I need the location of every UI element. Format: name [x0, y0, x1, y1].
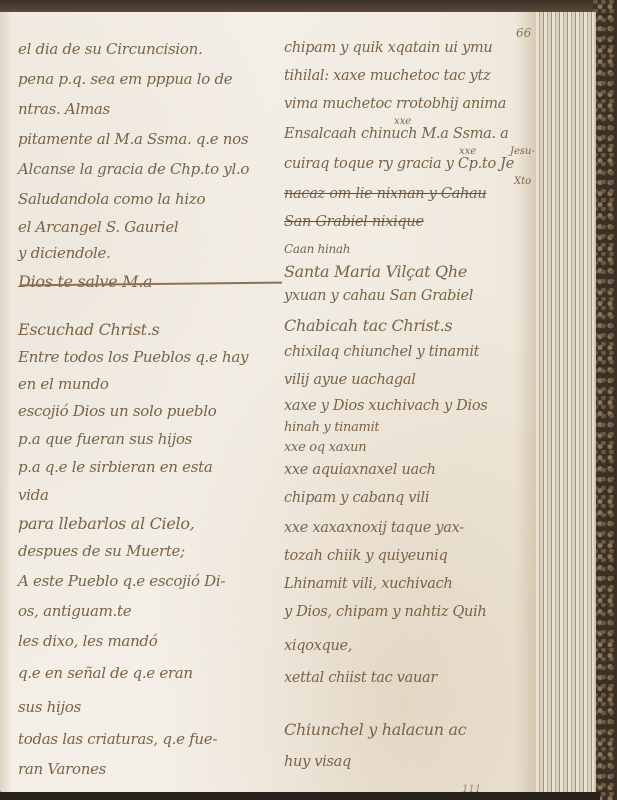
text-line: tihilal: xaxe muchetoc tac ytz [284, 68, 490, 84]
struck-text-line: nacaz om lie nixnan y Cahau [284, 186, 486, 202]
text-line: xiqoxque, [284, 638, 352, 654]
text-line: xxe aquiaxnaxel uach [284, 462, 436, 478]
interlinear-gloss: Jesu- [510, 146, 535, 157]
text-line: yxuan y cahau San Grabiel [284, 288, 473, 304]
interlinear-gloss: xxe [459, 146, 476, 157]
text-line: el Arcangel S. Gauriel [18, 218, 178, 236]
text-line: Ensalcaah chinuch M.a Ssma. a [284, 126, 509, 142]
text-line: huy visaq [284, 754, 351, 770]
interlinear-gloss: Xto [514, 176, 531, 187]
text-line: chipam y cabanq vili [284, 490, 429, 506]
text-line: y diciendole. [18, 244, 111, 262]
book-bottom-edge [0, 792, 600, 800]
text-line: pena p.q. sea em pppua lo de [18, 70, 232, 88]
text-line: despues de su Muerte; [18, 542, 185, 560]
text-line: vima muchetoc rrotobhij anima [284, 96, 506, 112]
text-line: escojió Dios un solo pueblo [18, 402, 216, 420]
text-line: ran Varones [18, 760, 106, 778]
text-line: chixilaq chiunchel y tinamit [284, 344, 479, 360]
text-line: q.e en señal de q.e eran [18, 664, 193, 682]
text-line: ntras. Almas [18, 100, 110, 118]
text-line: Chabicah tac Christ.s [284, 316, 452, 335]
text-line: xxe xaxaxnoxij taque yax- [284, 520, 464, 536]
text-line: chipam y quik xqatain ui ymu [284, 40, 492, 56]
text-line: todas las criaturas, q.e fue- [18, 730, 217, 748]
text-line: tozah chiik y quiyeuniq [284, 548, 447, 564]
text-line: Saludandola como la hizo [18, 190, 205, 208]
interlinear-gloss: xxe [394, 116, 411, 127]
text-line: en el mundo [18, 375, 109, 393]
text-line: hinah y tinamit [284, 420, 379, 435]
text-line: Lhinamit vili, xuchivach [284, 576, 452, 592]
text-line: Entre todos los Pueblos q.e hay [18, 348, 248, 366]
text-line: p.a que fueran sus hijos [18, 430, 192, 448]
text-line: Alcanse la gracia de Chp.to yl.o [18, 160, 249, 178]
text-line: cuiraq toque ry gracia y Cp.to Je [284, 156, 514, 172]
text-line: el dia de su Circuncision. [18, 40, 202, 58]
text-line: Caan hinah [284, 242, 350, 256]
text-line: y Dios, chipam y nahtiz Quih [284, 604, 486, 620]
manuscript-page: 66 el dia de su Circuncision. pena p.q. … [0, 12, 536, 794]
text-line: vilij ayue uachagal [284, 372, 416, 388]
text-line: os, antiguam.te [18, 602, 131, 620]
page-stack [536, 12, 596, 792]
book-cover-edge [593, 0, 617, 800]
text-line: xxe oq xaxun [284, 440, 366, 455]
text-line: pitamente al M.a Ssma. q.e nos [18, 130, 248, 148]
struck-text-line: San Grabiel nixique [284, 214, 424, 230]
text-line: A este Pueblo q.e escojió Di- [18, 572, 225, 590]
text-line: Dios te salve M.a [18, 272, 152, 291]
text-line: vida [18, 486, 49, 504]
text-line: sus hijos [18, 698, 81, 716]
text-line: Chiunchel y halacun ac [284, 720, 466, 739]
folio-number: 66 [516, 26, 531, 40]
text-line: Santa Maria Vilçat Qhe [284, 262, 467, 281]
text-line: p.a q.e le sirbieran en esta [18, 458, 212, 476]
text-line: les dixo, les mandó [18, 632, 157, 650]
text-line: xaxe y Dios xuchivach y Dios [284, 398, 487, 414]
book-top-edge [0, 0, 617, 12]
text-line: Escuchad Christ.s [18, 320, 159, 339]
text-line: xettal chiist tac vauar [284, 670, 437, 686]
text-line: para llebarlos al Cielo, [18, 514, 194, 533]
